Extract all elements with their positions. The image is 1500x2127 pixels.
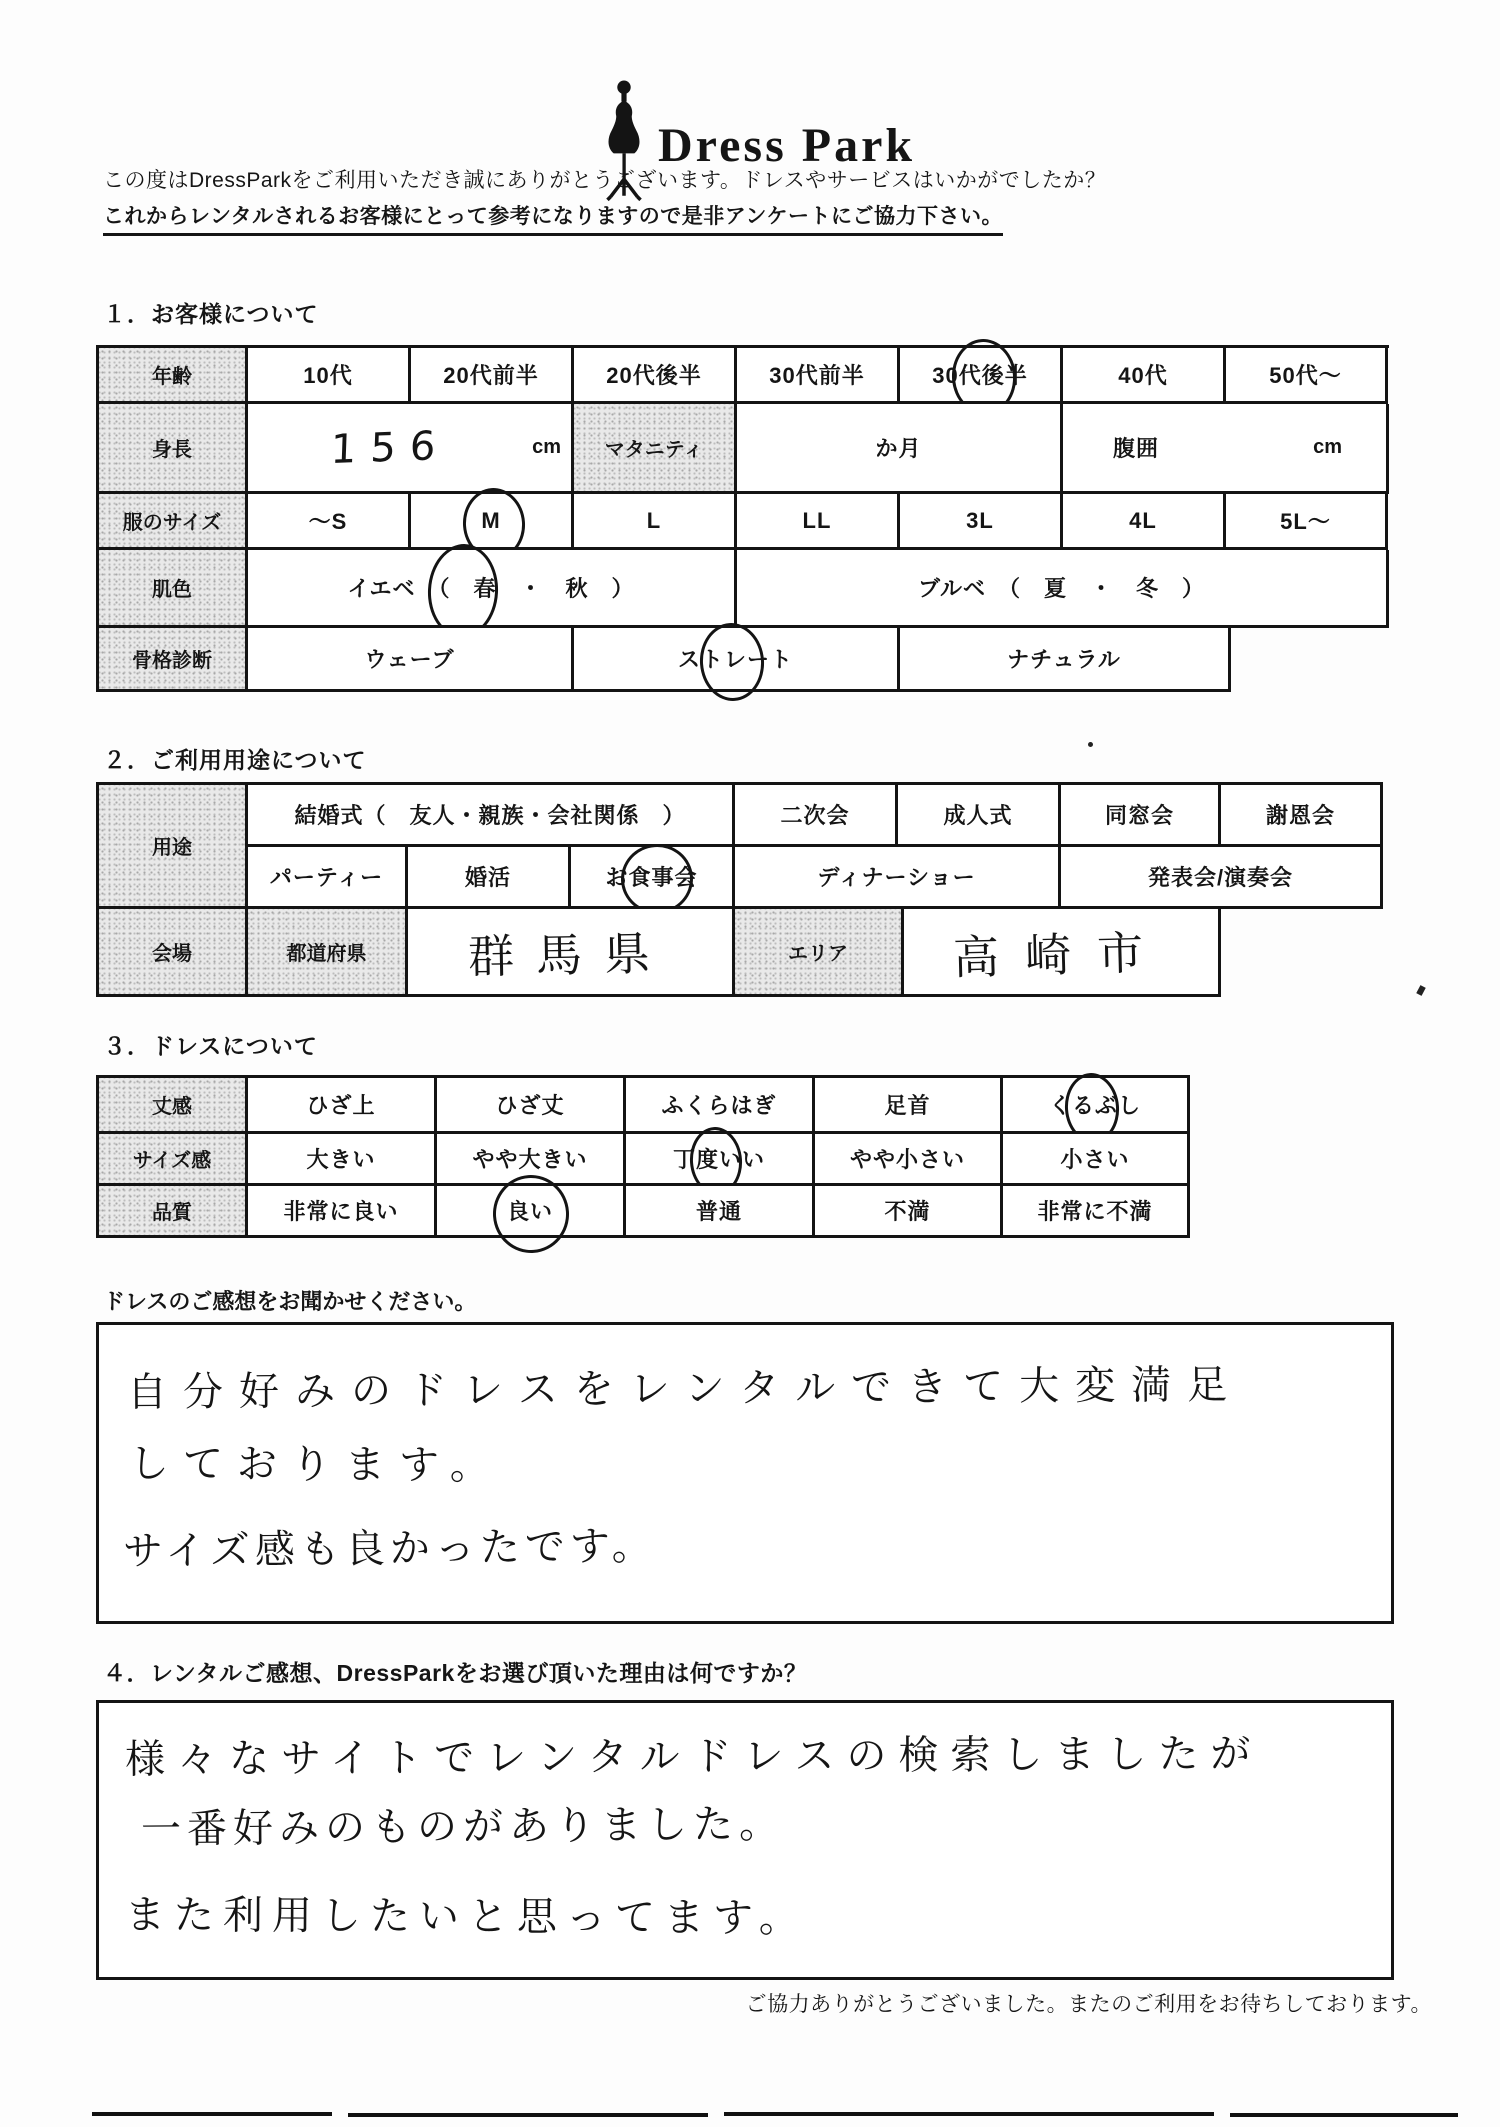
section2-title: ２．ご利用用途について bbox=[103, 742, 367, 775]
prefecture-label: 都道府県 bbox=[248, 909, 408, 997]
age-option-40s: 40代 bbox=[1063, 348, 1226, 404]
purpose-thanks-party: 謝恩会 bbox=[1221, 785, 1383, 847]
skin-option-blue-base: ブルベ （ 夏 ・ 冬 ） bbox=[737, 550, 1389, 628]
age-option-10s: 10代 bbox=[248, 348, 411, 404]
frame-diagnosis-label: 骨格診断 bbox=[99, 628, 248, 692]
dress-feedback-box: 自分好みのドレスをレンタルできて大変満足 しております。 サイズ感も良かったです… bbox=[96, 1322, 1394, 1624]
scan-noise-mark bbox=[1088, 742, 1093, 747]
size-option-5l: 5L～ bbox=[1226, 494, 1388, 550]
clothing-size-row: 服のサイズ ～S M L LL 3L 4L 5L～ bbox=[99, 494, 1389, 550]
venue-row: 会場 都道府県 群馬県 エリア 高崎市 bbox=[99, 909, 1383, 997]
age-option-early20s: 20代前半 bbox=[411, 348, 574, 404]
waist-label: 腹囲 bbox=[1113, 432, 1159, 463]
scan-artifact-line bbox=[92, 2112, 332, 2116]
age-option-late20s: 20代後半 bbox=[574, 348, 737, 404]
section1-title: １．お客様について bbox=[103, 296, 319, 329]
area-value-text: 高崎市 bbox=[952, 916, 1170, 988]
quality-good-text: 良い bbox=[507, 1195, 553, 1226]
maternity-label: マタニティ bbox=[574, 404, 737, 494]
frame-diagnosis-row: 骨格診断 ウェーブ ストレート ナチュラル bbox=[99, 628, 1389, 692]
age-option-late30s: 30代後半 bbox=[900, 348, 1063, 404]
height-unit: cm bbox=[532, 436, 561, 459]
dress-feedback-line-2: しております。 bbox=[129, 1432, 504, 1491]
waist-unit: cm bbox=[1313, 436, 1342, 459]
dress-feedback-prompt: ドレスのご感想をお聞かせください。 bbox=[103, 1285, 476, 1316]
fit-just-right-text: 丁度いい bbox=[673, 1143, 765, 1174]
section3-title: ３．ドレスについて bbox=[103, 1028, 318, 1061]
length-ankle: 足首 bbox=[815, 1078, 1003, 1134]
scan-artifact-line bbox=[348, 2113, 708, 2117]
rental-feedback-line-2: 一番好みのものがありました。 bbox=[141, 1792, 785, 1855]
size-option-s: ～S bbox=[248, 494, 411, 550]
height-row: 身長 156 cm マタニティ か月 腹囲 cm bbox=[99, 404, 1389, 494]
area-handwritten-value: 高崎市 bbox=[904, 909, 1221, 997]
size-option-m: M bbox=[411, 494, 574, 550]
fit-label: サイズ感 bbox=[99, 1134, 248, 1186]
height-handwritten-value: 156 bbox=[247, 420, 533, 476]
purpose-reunion: 同窓会 bbox=[1061, 785, 1221, 847]
frame-option-natural: ナチュラル bbox=[900, 628, 1231, 692]
dress-feedback-line-3: サイズ感も良かったです。 bbox=[123, 1514, 657, 1577]
purpose-konkatsu: 婚活 bbox=[408, 847, 571, 909]
fit-large: 大きい bbox=[248, 1134, 437, 1186]
length-ankle-bone-text: くるぶし bbox=[1049, 1089, 1141, 1120]
rental-feedback-box: 様々なサイトでレンタルドレスの検索しましたが 一番好みのものがありました。 また… bbox=[96, 1700, 1394, 1980]
dress-feedback-line-1: 自分好みのドレスをレンタルできて大変満足 bbox=[127, 1353, 1244, 1418]
purpose-wedding: 結婚式（ 友人・親族・会社関係 ） bbox=[248, 785, 735, 847]
prefecture-value-text: 群馬県 bbox=[467, 917, 672, 987]
purpose-recital: 発表会/演奏会 bbox=[1061, 847, 1383, 909]
clothing-size-label: 服のサイズ bbox=[99, 494, 248, 550]
purpose-row-2: パーティー 婚活 お食事会 ディナーショー 発表会/演奏会 bbox=[248, 847, 1383, 909]
customer-table: 年齢 10代 20代前半 20代後半 30代前半 30代後半 40代 50代～ … bbox=[96, 345, 1389, 692]
age-option-50s: 50代～ bbox=[1226, 348, 1388, 404]
fit-row: サイズ感 大きい やや大きい 丁度いい やや小さい 小さい bbox=[99, 1134, 1190, 1186]
size-option-3l: 3L bbox=[900, 494, 1063, 550]
purpose-dinner-show: ディナーショー bbox=[735, 847, 1061, 909]
purpose-options: 結婚式（ 友人・親族・会社関係 ） 二次会 成人式 同窓会 謝恩会 パーティー … bbox=[248, 785, 1383, 909]
height-label: 身長 bbox=[99, 404, 248, 494]
fit-slightly-small: やや小さい bbox=[815, 1134, 1003, 1186]
intro-line-1: この度はDressParkをご利用いただき誠にありがとうございます。ドレスやサー… bbox=[103, 164, 1106, 194]
purpose-afterparty: 二次会 bbox=[735, 785, 898, 847]
length-knee: ひざ丈 bbox=[437, 1078, 626, 1134]
area-label: エリア bbox=[735, 909, 904, 997]
length-row: 丈感 ひざ上 ひざ丈 ふくらはぎ 足首 くるぶし bbox=[99, 1078, 1190, 1134]
frame-option-straight-text: ストレート bbox=[678, 643, 793, 674]
rental-feedback-line-1: 様々なサイトでレンタルドレスの検索しましたが bbox=[125, 1722, 1263, 1785]
usage-table: 用途 結婚式（ 友人・親族・会社関係 ） 二次会 成人式 同窓会 謝恩会 パーテ… bbox=[96, 782, 1383, 997]
length-label: 丈感 bbox=[99, 1078, 248, 1134]
purpose-block: 用途 結婚式（ 友人・親族・会社関係 ） 二次会 成人式 同窓会 謝恩会 パーテ… bbox=[99, 785, 1383, 909]
quality-row: 品質 非常に良い 良い 普通 不満 非常に不満 bbox=[99, 1186, 1190, 1238]
size-option-ll: LL bbox=[737, 494, 900, 550]
skin-option-yellow-base-text: イエベ （ 春 ・ 秋 ） bbox=[347, 572, 634, 603]
scan-artifact-line bbox=[1230, 2113, 1458, 2117]
venue-label: 会場 bbox=[99, 909, 248, 997]
maternity-months-cell: か月 bbox=[737, 404, 1063, 494]
scanned-survey-page: { "logo": {"icon": "dress-form-icon", "b… bbox=[0, 0, 1500, 2127]
length-ankle-bone: くるぶし bbox=[1003, 1078, 1190, 1134]
skin-tone-row: 肌色 イエベ （ 春 ・ 秋 ） ブルベ （ 夏 ・ 冬 ） bbox=[99, 550, 1389, 628]
quality-very-good: 非常に良い bbox=[248, 1186, 437, 1238]
length-above-knee: ひざ上 bbox=[248, 1078, 437, 1134]
length-calf: ふくらはぎ bbox=[626, 1078, 815, 1134]
size-option-m-text: M bbox=[481, 508, 500, 534]
purpose-coming-of-age: 成人式 bbox=[898, 785, 1061, 847]
purpose-label: 用途 bbox=[99, 785, 248, 909]
waist-cell: 腹囲 cm bbox=[1063, 404, 1389, 494]
purpose-row-1: 結婚式（ 友人・親族・会社関係 ） 二次会 成人式 同窓会 謝恩会 bbox=[248, 785, 1383, 847]
quality-normal: 普通 bbox=[626, 1186, 815, 1238]
purpose-dinner-text: お食事会 bbox=[605, 861, 697, 892]
age-row: 年齢 10代 20代前半 20代後半 30代前半 30代後半 40代 50代～ bbox=[99, 348, 1389, 404]
fit-small: 小さい bbox=[1003, 1134, 1190, 1186]
intro-line-2: これからレンタルされるお客様にとって参考になりますので是非アンケートにご協力下さ… bbox=[103, 200, 1003, 236]
size-option-4l: 4L bbox=[1063, 494, 1226, 550]
quality-unsatisfied: 不満 bbox=[815, 1186, 1003, 1238]
fit-just-right: 丁度いい bbox=[626, 1134, 815, 1186]
size-option-l: L bbox=[574, 494, 737, 550]
height-value-cell: 156 cm bbox=[248, 404, 574, 494]
quality-very-unsatisfied: 非常に不満 bbox=[1003, 1186, 1190, 1238]
quality-good: 良い bbox=[437, 1186, 626, 1238]
age-option-late30s-text: 30代後半 bbox=[932, 359, 1027, 390]
scan-noise-mark bbox=[1416, 985, 1426, 996]
purpose-party: パーティー bbox=[248, 847, 408, 909]
dress-table: 丈感 ひざ上 ひざ丈 ふくらはぎ 足首 くるぶし サイズ感 大きい やや大きい … bbox=[96, 1075, 1190, 1238]
frame-option-wave: ウェーブ bbox=[248, 628, 574, 692]
quality-label: 品質 bbox=[99, 1186, 248, 1238]
scan-artifact-line bbox=[724, 2112, 1214, 2116]
section4-title: ４．レンタルご感想、DressParkをお選び頂いた理由は何ですか？ bbox=[103, 1655, 807, 1688]
skin-tone-label: 肌色 bbox=[99, 550, 248, 628]
age-option-early30s: 30代前半 bbox=[737, 348, 900, 404]
fit-slightly-large: やや大きい bbox=[437, 1134, 626, 1186]
purpose-dinner: お食事会 bbox=[571, 847, 735, 909]
prefecture-handwritten-value: 群馬県 bbox=[408, 909, 735, 997]
footer-thanks: ご協力ありがとうございました。またのご利用をお待ちしております。 bbox=[0, 1988, 1432, 2018]
rental-feedback-line-3: また利用したいと思ってます。 bbox=[125, 1883, 808, 1944]
age-label: 年齢 bbox=[99, 348, 248, 404]
skin-option-yellow-base: イエベ （ 春 ・ 秋 ） bbox=[248, 550, 737, 628]
frame-option-straight: ストレート bbox=[574, 628, 900, 692]
